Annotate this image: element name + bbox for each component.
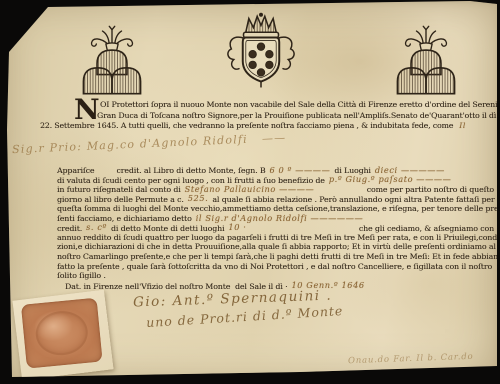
handwritten-fill: il Sig.r d'Agnolo Ridolfi —————— [196, 213, 364, 223]
document-paper: N OI Protettori ſopra il nuouo Monte non… [0, 0, 500, 384]
print-text: in futuro riſegnateli dal conto di [57, 185, 181, 194]
handwritten-fill: 6 0 º ———— [270, 165, 331, 175]
handwritten-docket-annotation: Onau.do Far. Il b. Car.do [348, 352, 474, 366]
handwritten-fill: 10 · [228, 222, 246, 232]
handwritten-fill: 525. [188, 193, 209, 203]
print-text: che gli cediamo, & aſsegniamo con [359, 224, 494, 233]
handwritten-fill: p.º Giug.º paſsato ———— [329, 174, 452, 184]
handwritten-fill: Stefano Pallauicino ———— [185, 184, 315, 194]
print-text: al quale ſi abbia relazione . Però annul… [212, 195, 494, 204]
body-line: ſenti facciamo, e dichiariamo dettoil Si… [57, 213, 494, 223]
heading-line-3-text: 22. Settembre 1645. A tutti quelli, che … [40, 121, 453, 130]
heading-line-2: Gran Duca di Toſcana noſtro Signore,per … [97, 111, 496, 120]
print-text: credit. al Libro di detto Monte, ſegn. B [116, 166, 265, 175]
medici-coat-of-arms-icon [223, 10, 299, 100]
print-text: di detto Monte di detti luoghi [111, 224, 224, 233]
monte-emblem-right-icon [392, 24, 460, 98]
body-line: ſolito ſigillo . [57, 271, 494, 281]
body-line: zioni,e dichiarazioni di che in detta Pr… [57, 242, 494, 252]
handwritten-fill: Il [459, 121, 466, 130]
seal-paper-patch [12, 290, 113, 381]
monte-emblem-left-icon [78, 24, 146, 98]
handwritten-recipient-annotation: Sig.r Prio: Mag.co d'Agnolo Ridolfi —— [12, 131, 292, 156]
print-text: Appariſce [57, 166, 94, 175]
print-text: noſtro Camarlingo preſente,e che per li … [57, 252, 500, 261]
print-text: annuo reddito di ſcudi quattro per luogo… [57, 233, 500, 242]
body-line: noſtro Camarlingo preſente,e che per li … [57, 252, 494, 262]
body-line: in futuro riſegnateli dal conto diStefan… [57, 184, 494, 194]
print-text: zioni,e dichiarazioni di che in detta Pr… [57, 242, 496, 251]
print-text: queſta ſomma di luoghi del Monte vecchio… [57, 204, 500, 213]
drop-cap-initial: N [74, 98, 100, 121]
body-line: annuo reddito di ſcudi quattro per luogo… [57, 233, 494, 243]
heading-line-1: OI Protettori ſopra il nuouo Monte non v… [100, 100, 500, 109]
body-line: credit.s. cºdi detto Monte di detti luog… [57, 223, 494, 233]
print-text: ſolito ſigillo . [57, 271, 106, 280]
print-text: credit. [57, 224, 82, 233]
print-text: giorno al libro delle Permute a c. [57, 195, 184, 204]
print-text: come per partito noſtro di queſto [367, 185, 494, 194]
handwritten-fill: s. cº [86, 222, 107, 232]
body-line: fatto la preſente , quale ſarà ſottoſcri… [57, 262, 494, 272]
wax-seal [21, 298, 103, 369]
handwritten-fill: dieci ————— [375, 165, 445, 175]
print-text: fatto la preſente , quale ſarà ſottoſcri… [57, 262, 492, 271]
heading-line-3: 22. Settembre 1645. A tutti quelli, che … [40, 121, 466, 130]
photo-backdrop: { "heading": { "dropcap": "N", "line1": … [0, 0, 500, 384]
body-paragraph: Appariſcecredit. al Libro di detto Monte… [57, 165, 494, 291]
print-text: ſenti facciamo, e dichiariamo detto [57, 214, 192, 223]
body-line: giorno al libro delle Permute a c.525.al… [57, 194, 494, 204]
